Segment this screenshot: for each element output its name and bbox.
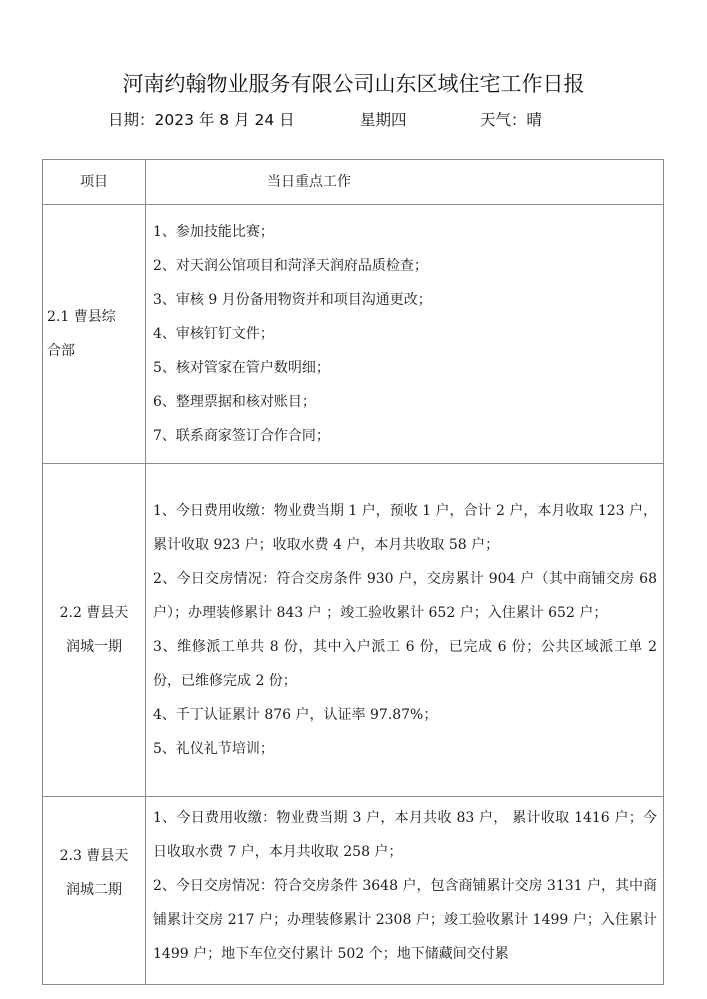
report-date: 日期：2023 年 8 月 24 日 [108, 108, 295, 130]
work-item: 5、礼仪礼节培训； [153, 732, 657, 766]
work-item: 1、今日费用收缴：物业费当期 1 户，预收 1 户，合计 2 户，本月收取 12… [153, 494, 657, 562]
work-cell: 1、今日费用收缴：物业费当期 1 户，预收 1 户，合计 2 户，本月收取 12… [146, 464, 664, 797]
work-item: 5、核对管家在管户数明细； [153, 351, 657, 385]
report-weekday: 星期四 [360, 108, 407, 130]
work-table: 项目 当日重点工作 2.1 曹县综 合部 1、参加技能比赛； 2、对天润公馆项目… [42, 159, 664, 985]
work-item: 6、整理票据和核对账目； [153, 385, 657, 419]
work-item: 4、审核钉钉文件； [153, 317, 657, 351]
table-row: 2.3 曹县天 润城二期 1、今日费用收缴：物业费当期 3 户，本月共收 83 … [43, 797, 664, 985]
work-item: 3、审核 9 月份备用物资并和项目沟通更改； [153, 283, 657, 317]
table-row: 2.2 曹县天 润城一期 1、今日费用收缴：物业费当期 1 户，预收 1 户，合… [43, 464, 664, 797]
table-header-row: 项目 当日重点工作 [43, 160, 664, 205]
header-key-work: 当日重点工作 [146, 160, 664, 205]
project-cell: 2.3 曹县天 润城二期 [43, 797, 146, 985]
report-weather: 天气：晴 [480, 108, 542, 130]
table-row: 2.1 曹县综 合部 1、参加技能比赛； 2、对天润公馆项目和菏泽天润府品质检查… [43, 205, 664, 464]
work-item: 1、参加技能比赛； [153, 215, 657, 249]
work-item: 7、联系商家签订合作合同； [153, 419, 657, 453]
work-item: 2、对天润公馆项目和菏泽天润府品质检查； [153, 249, 657, 283]
work-cell: 1、今日费用收缴：物业费当期 3 户，本月共收 83 户， 累计收取 1416 … [146, 797, 664, 985]
work-item: 4、千丁认证累计 876 户，认证率 97.87%； [153, 698, 657, 732]
work-item: 1、今日费用收缴：物业费当期 3 户，本月共收 83 户， 累计收取 1416 … [153, 801, 657, 869]
header-project: 项目 [43, 160, 146, 205]
work-item: 2、今日交房情况：符合交房条件 3648 户，包含商铺累计交房 3131 户，其… [153, 869, 657, 971]
work-item: 3、维修派工单共 8 份，其中入户派工 6 份，已完成 6 份；公共区域派工单 … [153, 630, 657, 698]
project-cell: 2.2 曹县天 润城一期 [43, 464, 146, 797]
work-cell: 1、参加技能比赛； 2、对天润公馆项目和菏泽天润府品质检查； 3、审核 9 月份… [146, 205, 664, 464]
report-title: 河南约翰物业服务有限公司山东区域住宅工作日报 [0, 68, 707, 98]
work-item: 2、今日交房情况：符合交房条件 930 户，交房累计 904 户（其中商铺交房 … [153, 562, 657, 630]
project-cell: 2.1 曹县综 合部 [43, 205, 146, 464]
